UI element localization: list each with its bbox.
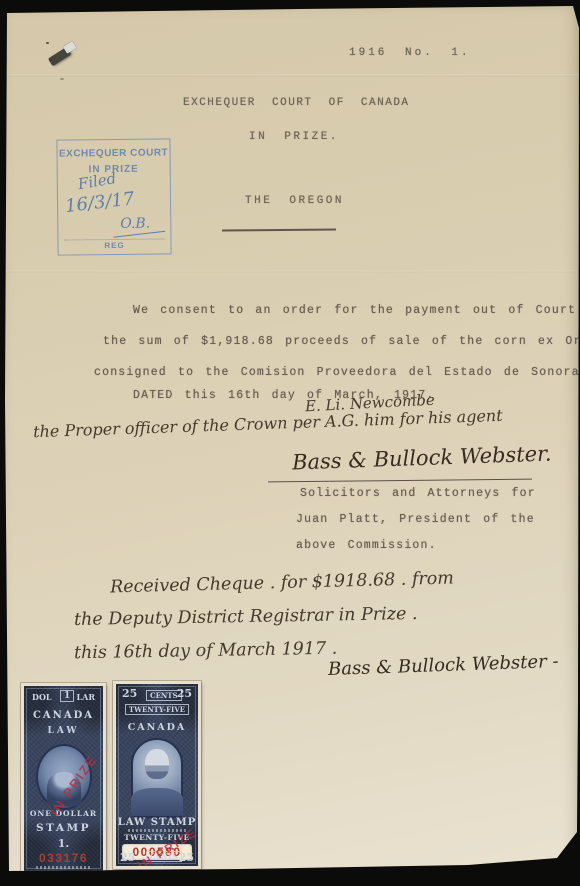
paper-crease (0, 270, 580, 273)
paper-speck (60, 78, 64, 80)
consent-line-2: the sum of $1,918.68 proceeds of sale of… (103, 335, 580, 348)
cents-top-right: 25 (177, 687, 192, 700)
filing-stamp-court: EXCHEQUER COURT (57, 147, 169, 159)
receipt-line-2: the Deputy District Registrar in Prize . (74, 604, 418, 630)
dollar-microtext (36, 866, 91, 869)
dollar-banner-left: DOL (32, 692, 52, 702)
paper-crease (0, 74, 580, 77)
receipt-line-1: Received Cheque . for $1918.68 . from (110, 569, 454, 598)
reg-label: REG (58, 240, 170, 250)
cents-bottom-right: 25 (179, 851, 194, 864)
case-name: THE OREGON (245, 195, 344, 207)
staple-mark (47, 41, 79, 68)
dollar-numeral: 1. (24, 837, 103, 850)
filed-date: 16/3/17 (64, 188, 135, 217)
signature-underline (268, 479, 532, 483)
cents-microtext (128, 829, 185, 832)
consent-line-1: We consent to an order for the payment o… (133, 304, 580, 317)
revenue-stamp-one-dollar: DOL 1 LAR CANADA LAW ONE DOLLAR STAMP 1.… (21, 683, 106, 874)
dollar-serial-number: 033176 (24, 851, 103, 865)
filing-stamp: EXCHEQUER COURT IN PRIZE Filed 16/3/17 O… (56, 138, 171, 255)
cents-top-left: 25 (122, 687, 137, 700)
docket-number: 1916 No. 1. (349, 47, 471, 59)
dollar-stamp-word: STAMP (24, 822, 103, 834)
dollar-law: LAW (24, 726, 103, 736)
attorney-line-3: above Commission. (296, 539, 437, 552)
document-paper: 1916 No. 1. EXCHEQUER COURT OF CANADA IN… (0, 0, 580, 886)
proper-officer-annotation: the Proper officer of the Crown per A.G.… (33, 406, 503, 441)
revenue-stamp-twenty-five-cents: 25 CENTS 25 TWENTY-FIVE CANADA LAW STAMP… (113, 681, 201, 869)
portrait-head (145, 749, 169, 779)
paper-speck (46, 42, 49, 44)
jurisdiction-line: IN PRIZE. (249, 131, 339, 143)
receipt-line-3: this 16th day of March 1917 . (74, 639, 338, 664)
dollar-country: CANADA (24, 710, 103, 721)
scanned-legal-document: 1916 No. 1. EXCHEQUER COURT OF CANADA IN… (0, 0, 580, 886)
cents-country: CANADA (116, 722, 198, 733)
firm-signature: Bass & Bullock Webster. (292, 441, 552, 474)
portrait-uniform (131, 788, 183, 816)
king-george-portrait (131, 738, 183, 818)
receipt-signature: Bass & Bullock Webster - (328, 651, 559, 680)
case-name-underline (222, 229, 336, 231)
cents-bottom-left: 25 (120, 851, 135, 864)
attorney-line-1: Solicitors and Attorneys for (300, 487, 536, 500)
consent-line-3: consigned to the Comision Proveedora del… (94, 366, 580, 379)
twenty-five-box: TWENTY-FIVE (125, 704, 189, 715)
dollar-banner-right: LAR (77, 692, 95, 702)
attorney-line-2: Juan Platt, President of the (296, 513, 535, 526)
dollar-banner-numeral: 1 (60, 690, 74, 702)
law-stamp-label: LAW STAMP (116, 817, 198, 828)
registrar-initials: O.B. (120, 216, 150, 232)
court-name: EXCHEQUER COURT OF CANADA (183, 97, 410, 109)
